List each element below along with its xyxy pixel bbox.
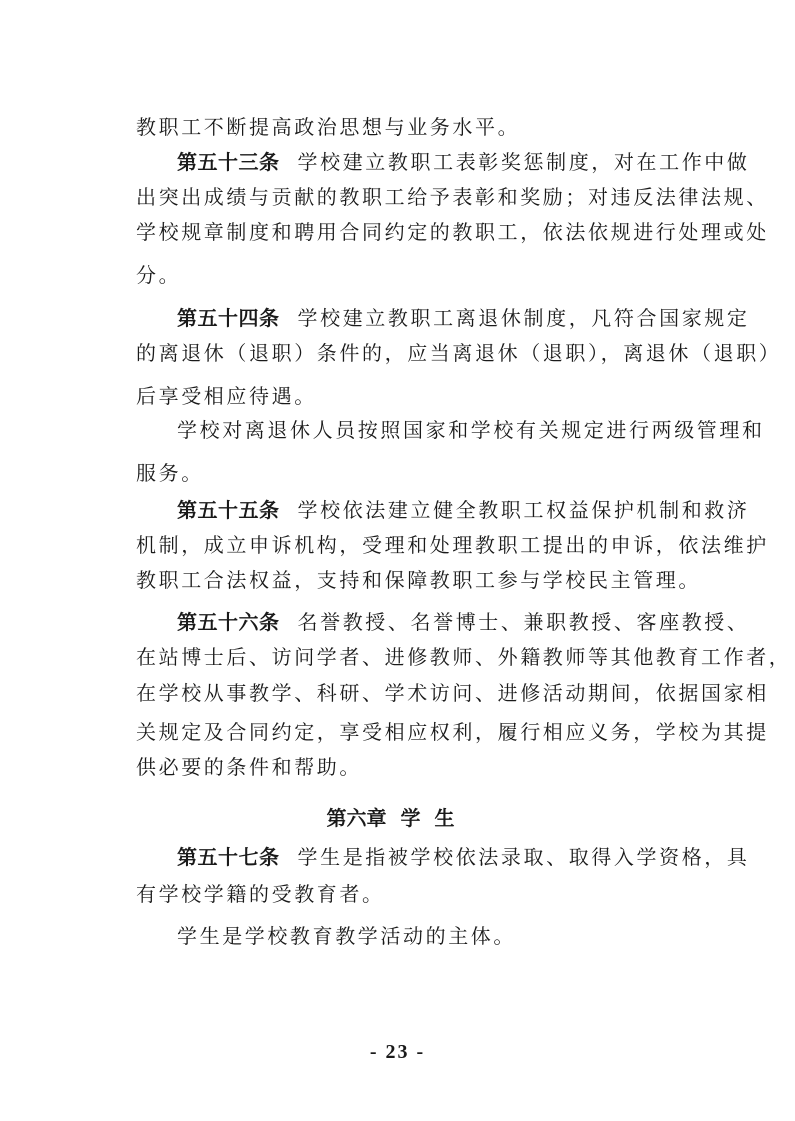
line-text: 学校对离退休人员按照国家和学校有关规定进行两级管理和: [177, 418, 765, 442]
line-text: 学生是学校教育教学活动的主体。: [177, 924, 516, 948]
paragraph-line: 学校规章制度和聘用合同约定的教职工，依法依规进行处理或处: [136, 219, 726, 245]
chapter-heading: 第六章学生: [0, 805, 795, 831]
paragraph-line: 机制，成立申诉机构，受理和处理教职工提出的申诉，依法维护: [136, 532, 726, 558]
article-number: 第五十五条: [177, 498, 280, 522]
paragraph-line: 的离退休（退职）条件的，应当离退休（退职），离退休（退职）: [136, 340, 726, 366]
paragraph-line: 教职工不断提高政治思想与业务水平。: [136, 114, 726, 140]
line-text: 分。: [136, 263, 181, 287]
line-text: 有学校学籍的受教育者。: [136, 882, 385, 906]
line-text: 服务。: [136, 461, 204, 485]
line-text: 关规定及合同约定，享受相应权利，履行相应义务，学校为其提: [136, 720, 769, 744]
line-text: 学校依法建立健全教职工权益保护机制和救济: [298, 498, 750, 522]
paragraph-line: 教职工合法权益，支持和保障教职工参与学校民主管理。: [136, 567, 726, 593]
article-number: 第五十三条: [177, 150, 280, 174]
article-54-heading-line: 第五十四条学校建立教职工离退休制度，凡符合国家规定: [136, 305, 767, 331]
line-text: 学校建立教职工表彰奖惩制度，对在工作中做: [298, 150, 750, 174]
chapter-title: 学生: [401, 806, 469, 830]
line-text: 学生是指被学校依法录取、取得入学资格，具: [298, 845, 750, 869]
paragraph-line: 后享受相应待遇。: [136, 383, 726, 409]
paragraph-line: 学校对离退休人员按照国家和学校有关规定进行两级管理和: [136, 417, 767, 443]
article-56-heading-line: 第五十六条名誉教授、名誉博士、兼职教授、客座教授、: [136, 609, 767, 635]
line-text: 机制，成立申诉机构，受理和处理教职工提出的申诉，依法维护: [136, 533, 769, 557]
paragraph-line: 服务。: [136, 460, 726, 486]
article-53-heading-line: 第五十三条学校建立教职工表彰奖惩制度，对在工作中做: [136, 149, 767, 175]
paragraph-line: 在站博士后、访问学者、进修教师、外籍教师等其他教育工作者，: [136, 644, 726, 670]
article-number: 第五十四条: [177, 306, 280, 330]
line-text: 出突出成绩与贡献的教职工给予表彰和奖励；对违反法律法规、: [136, 185, 769, 209]
line-text: 学校规章制度和聘用合同约定的教职工，依法依规进行处理或处: [136, 220, 769, 244]
line-text: 名誉教授、名誉博士、兼职教授、客座教授、: [298, 610, 750, 634]
paragraph-line: 供必要的条件和帮助。: [136, 754, 726, 780]
paragraph-line: 学生是学校教育教学活动的主体。: [136, 923, 767, 949]
line-text: 教职工不断提高政治思想与业务水平。: [136, 115, 520, 139]
article-number: 第五十六条: [177, 610, 280, 634]
line-text: 教职工合法权益，支持和保障教职工参与学校民主管理。: [136, 568, 701, 592]
paragraph-line: 有学校学籍的受教育者。: [136, 881, 726, 907]
line-text: 的离退休（退职）条件的，应当离退休（退职），离退休（退职）: [136, 341, 781, 365]
line-text: 在学校从事教学、科研、学术访问、进修活动期间，依据国家相: [136, 681, 769, 705]
article-number: 第五十七条: [177, 845, 280, 869]
document-page: 教职工不断提高政治思想与业务水平。 第五十三条学校建立教职工表彰奖惩制度，对在工…: [0, 0, 795, 1121]
paragraph-line: 分。: [136, 262, 726, 288]
paragraph-line: 关规定及合同约定，享受相应权利，履行相应义务，学校为其提: [136, 719, 726, 745]
chapter-number: 第六章: [327, 806, 387, 830]
paragraph-line: 在学校从事教学、科研、学术访问、进修活动期间，依据国家相: [136, 680, 726, 706]
page-number: - 23 -: [0, 1041, 795, 1064]
line-text: 学校建立教职工离退休制度，凡符合国家规定: [298, 306, 750, 330]
line-text: 供必要的条件和帮助。: [136, 755, 362, 779]
line-text: 在站博士后、访问学者、进修教师、外籍教师等其他教育工作者，: [136, 645, 791, 669]
article-55-heading-line: 第五十五条学校依法建立健全教职工权益保护机制和救济: [136, 497, 767, 523]
line-text: 后享受相应待遇。: [136, 384, 317, 408]
paragraph-line: 出突出成绩与贡献的教职工给予表彰和奖励；对违反法律法规、: [136, 184, 726, 210]
article-57-heading-line: 第五十七条学生是指被学校依法录取、取得入学资格，具: [136, 844, 767, 870]
